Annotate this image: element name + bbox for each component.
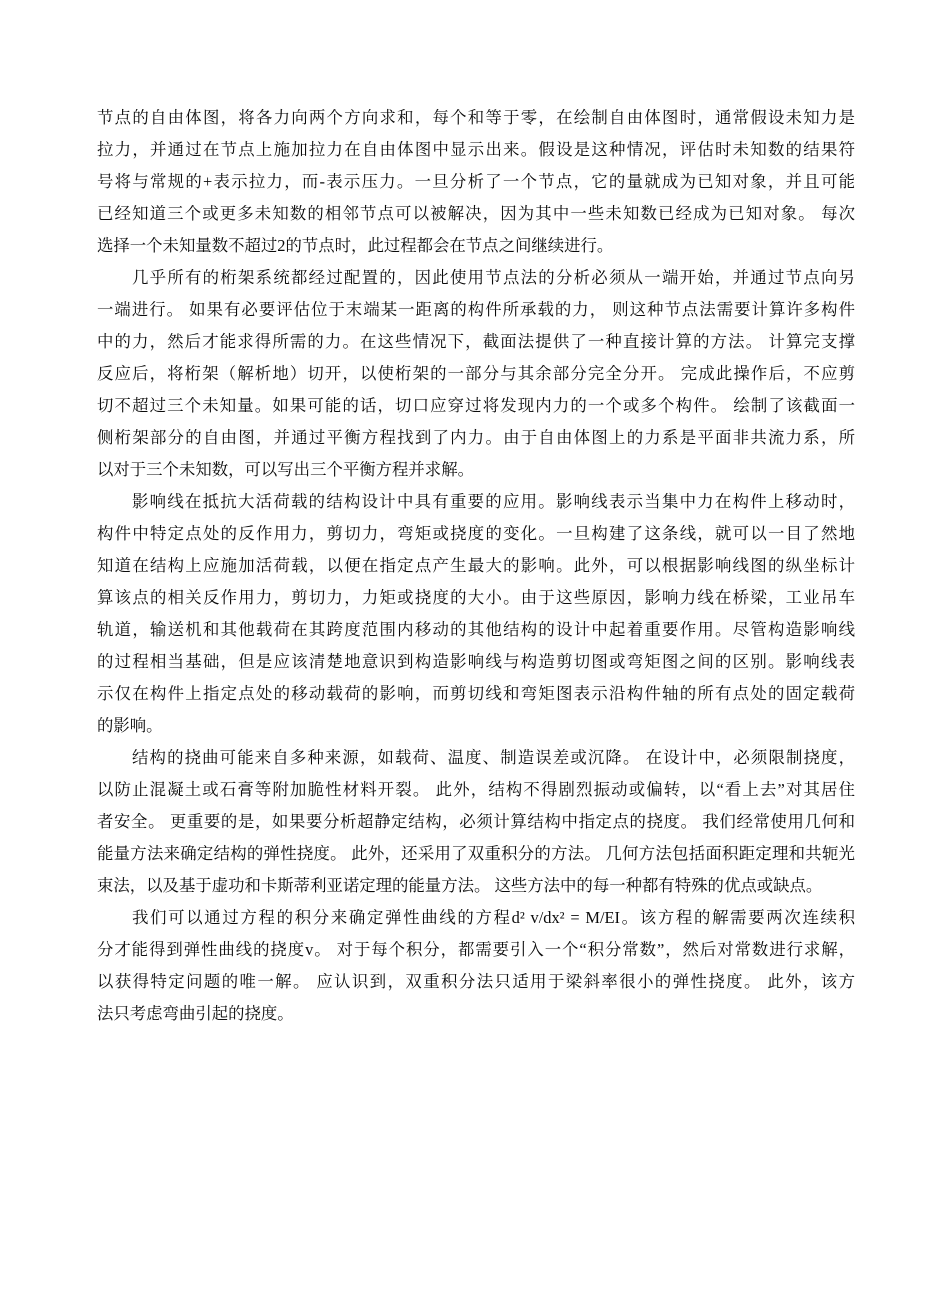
text-line: 选择一个未知量数不超过2的节点时，此过程都会在节点之间继续进行。 [97,230,855,262]
document-page: 节点的自由体图，将各力向两个方向求和，每个和等于零，在绘制自由体图时，通常假设未… [0,0,925,1309]
text-line: 切不超过三个未知量。如果可能的话，切口应穿过将发现内力的一个或多个构件。 绘制了… [97,390,855,422]
text-line: 几乎所有的桁架系统都经过配置的，因此使用节点法的分析必须从一端开始，并通过节点向… [97,262,855,294]
text-line: 知道在结构上应施加活荷载，以便在指定点产生最大的影响。此外，可以根据影响线图的纵… [97,550,855,582]
paragraph: 节点的自由体图，将各力向两个方向求和，每个和等于零，在绘制自由体图时，通常假设未… [97,102,855,262]
text-line: 构件中特定点处的反作用力，剪切力，弯矩或挠度的变化。一旦构建了这条线，就可以一目… [97,518,855,550]
text-line: 影响线在抵抗大活荷载的结构设计中具有重要的应用。影响线表示当集中力在构件上移动时… [97,486,855,518]
text-line: 轨道，输送机和其他载荷在其跨度范围内移动的其他结构的设计中起着重要作用。尽管构造… [97,614,855,646]
paragraph: 影响线在抵抗大活荷载的结构设计中具有重要的应用。影响线表示当集中力在构件上移动时… [97,486,855,742]
text-line: 号将与常规的+表示拉力，而-表示压力。一旦分析了一个节点，它的量就成为已知对象，… [97,166,855,198]
text-line: 的过程相当基础，但是应该清楚地意识到构造影响线与构造剪切图或弯矩图之间的区别。影… [97,646,855,678]
text-line: 结构的挠曲可能来自多种来源，如载荷、温度、制造误差或沉降。 在设计中，必须限制挠… [97,742,855,774]
text-line: 一端进行。 如果有必要评估位于末端某一距离的构件所承载的力， 则这种节点法需要计… [97,294,855,326]
text-line: 反应后，将桁架（解析地）切开，以使桁架的一部分与其余部分完全分开。 完成此操作后… [97,358,855,390]
text-line: 能量方法来确定结构的弹性挠度。 此外，还采用了双重积分的方法。 几何方法包括面积… [97,838,855,870]
text-line: 我们可以通过方程的积分来确定弹性曲线的方程d² v/dx² = M/EI。该方程… [97,902,855,934]
paragraph: 结构的挠曲可能来自多种来源，如载荷、温度、制造误差或沉降。 在设计中，必须限制挠… [97,742,855,902]
text-line: 已经知道三个或更多未知数的相邻节点可以被解决，因为其中一些未知数已经成为已知对象… [97,198,855,230]
text-line: 分才能得到弹性曲线的挠度v。 对于每个积分，都需要引入一个“积分常数”，然后对常… [97,934,855,966]
text-line: 以防止混凝土或石膏等附加脆性材料开裂。 此外，结构不得剧烈振动或偏转，以“看上去… [97,774,855,806]
paragraph: 几乎所有的桁架系统都经过配置的，因此使用节点法的分析必须从一端开始，并通过节点向… [97,262,855,486]
text-line: 侧桁架部分的自由图，并通过平衡方程找到了内力。由于自由体图上的力系是平面非共流力… [97,422,855,454]
text-line: 拉力，并通过在节点上施加拉力在自由体图中显示出来。假设是这种情况，评估时未知数的… [97,134,855,166]
text-line: 法只考虑弯曲引起的挠度。 [97,998,855,1030]
document-text-block: 节点的自由体图，将各力向两个方向求和，每个和等于零，在绘制自由体图时，通常假设未… [97,102,855,1030]
text-line: 束法，以及基于虚功和卡斯蒂利亚诺定理的能量方法。 这些方法中的每一种都有特殊的优… [97,870,855,902]
text-line: 的影响。 [97,710,855,742]
text-line: 中的力，然后才能求得所需的力。在这些情况下，截面法提供了一种直接计算的方法。 计… [97,326,855,358]
text-line: 节点的自由体图，将各力向两个方向求和，每个和等于零，在绘制自由体图时，通常假设未… [97,102,855,134]
text-line: 算该点的相关反作用力，剪切力，力矩或挠度的大小。由于这些原因，影响力线在桥梁，工… [97,582,855,614]
text-line: 示仅在构件上指定点处的移动载荷的影响，而剪切线和弯矩图表示沿构件轴的所有点处的固… [97,678,855,710]
text-line: 以对于三个未知数，可以写出三个平衡方程并求解。 [97,454,855,486]
text-line: 者安全。 更重要的是，如果要分析超静定结构，必须计算结构中指定点的挠度。 我们经… [97,806,855,838]
text-line: 以获得特定问题的唯一解。 应认识到，双重积分法只适用于梁斜率很小的弹性挠度。 此… [97,966,855,998]
paragraph: 我们可以通过方程的积分来确定弹性曲线的方程d² v/dx² = M/EI。该方程… [97,902,855,1030]
